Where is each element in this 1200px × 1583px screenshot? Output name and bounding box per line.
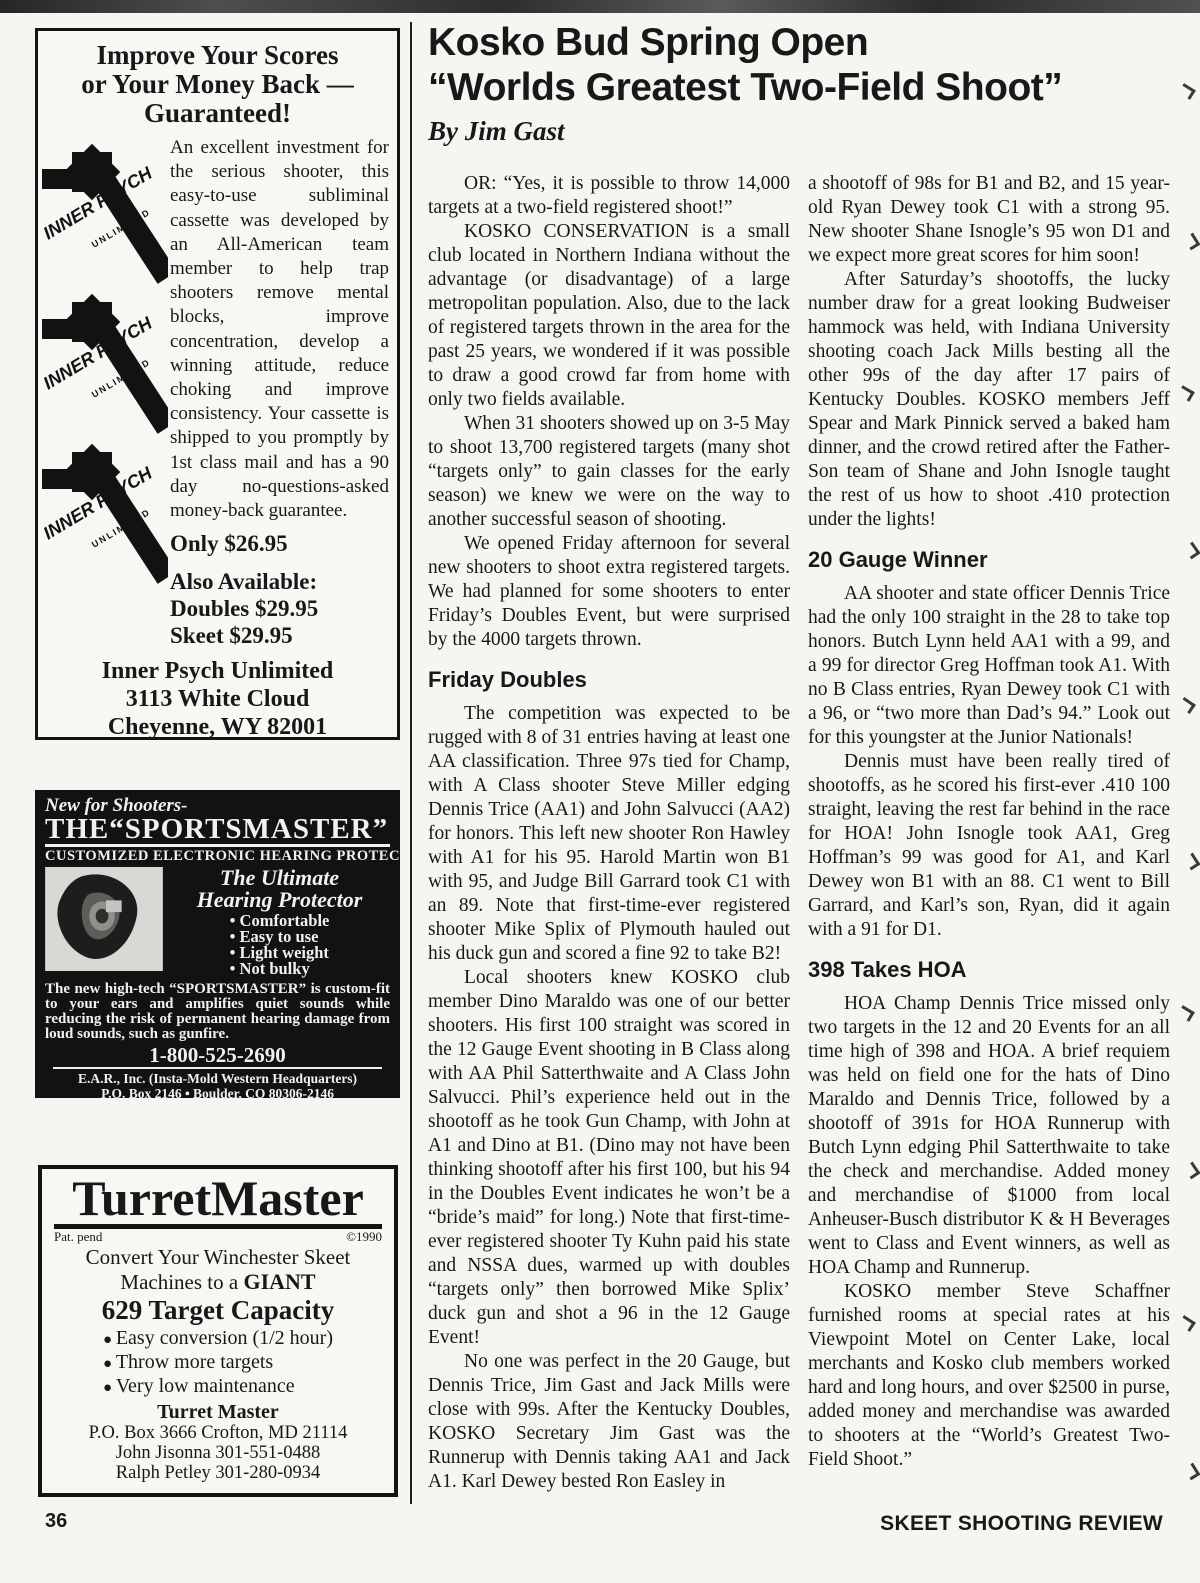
sportsmaster-body-text: The new high-tech “SPORTSMASTER” is cust… <box>45 982 390 1042</box>
article-paragraph: AA shooter and state officer Dennis Tric… <box>808 582 1170 750</box>
article-paragraph: OR: “Yes, it is possible to throw 14,000… <box>428 172 790 220</box>
scan-mark-artifact <box>1177 1005 1195 1022</box>
sportsmaster-company: E.A.R., Inc. (Insta-Mold Western Headqua… <box>45 1071 390 1086</box>
headline-line: Improve Your Scores <box>46 41 389 70</box>
article-title-line1: Kosko Bud Spring Open <box>428 20 1170 65</box>
magazine-name: SKEET SHOOTING REVIEW <box>880 1512 1163 1536</box>
scan-edge-artifact <box>0 0 1200 13</box>
inner-psych-skeet-price: Skeet $29.95 <box>170 622 389 649</box>
turretmaster-meta-row: Pat. pend ©1990 <box>52 1230 384 1244</box>
inner-psych-ad: Improve Your Scores or Your Money Back —… <box>35 28 400 740</box>
scan-mark-artifact <box>1184 1463 1200 1481</box>
turretmaster-contact-name: Turret Master <box>52 1401 384 1423</box>
scan-mark-artifact <box>1184 853 1200 871</box>
article-column-2: a shootoff of 98s for B1 and B2, and 15 … <box>808 172 1170 1504</box>
article-title-line2: “Worlds Greatest Two-Field Shoot” <box>428 65 1170 110</box>
article-paragraph: After Saturday’s shootoffs, the lucky nu… <box>808 268 1170 532</box>
article-paragraph: Local shooters knew KOSKO club member Di… <box>428 966 790 1350</box>
article-paragraph: KOSKO CONSERVATION is a small club locat… <box>428 220 790 412</box>
article-header: Kosko Bud Spring Open “Worlds Greatest T… <box>428 20 1170 147</box>
sportsmaster-benefits: The Ultimate Hearing Protector Comfortab… <box>163 867 390 979</box>
sportsmaster-tagline: The Ultimate <box>169 867 390 889</box>
article-paragraph: The competition was expected to be rugge… <box>428 702 790 966</box>
inner-psych-wand-star-logo: INNER PSYCH UNLIMITED <box>42 286 168 436</box>
scan-mark-artifact <box>1184 233 1200 251</box>
scan-mark-artifact <box>1183 542 1200 560</box>
sportsmaster-subtitle: CUSTOMIZED ELECTRONIC HEARING PROTECTOR <box>45 849 390 864</box>
turretmaster-address: P.O. Box 3666 Crofton, MD 21114 <box>52 1423 384 1443</box>
ear-mold-photo <box>45 867 163 971</box>
turretmaster-contact1: John Jisonna 301-551-0488 <box>52 1443 384 1463</box>
section-heading-20-gauge-winner: 20 Gauge Winner <box>808 547 1170 573</box>
turretmaster-contact2: Ralph Petley 301-280-0934 <box>52 1463 384 1483</box>
headline-line: Guaranteed! <box>46 99 389 128</box>
sportsmaster-bullet-list: Comfortable Easy to use Light weight Not… <box>230 913 330 977</box>
article-paragraph: HOA Champ Dennis Trice missed only two t… <box>808 992 1170 1280</box>
sportsmaster-title: THE“SPORTSMASTER” <box>45 815 390 843</box>
turretmaster-capacity: 629 Target Capacity <box>52 1295 384 1325</box>
section-heading-friday-doubles: Friday Doubles <box>428 667 790 693</box>
inner-psych-wand-star-logo: INNER PSYCH UNLIMITED <box>42 136 168 286</box>
turretmaster-bullet-list: Easy conversion (1/2 hour) Throw more ta… <box>103 1327 333 1399</box>
bullet-item: Easy conversion (1/2 hour) <box>103 1327 333 1351</box>
article-body: OR: “Yes, it is possible to throw 14,000… <box>428 172 1170 1504</box>
sportsmaster-tagline: Hearing Protector <box>169 889 390 911</box>
inner-psych-city: Cheyenne, WY 82001 <box>46 713 389 741</box>
bullet-item: Very low maintenance <box>103 1375 333 1399</box>
inner-psych-address-block: Inner Psych Unlimited 3113 White Cloud C… <box>46 657 389 741</box>
article-paragraph-continuation: a shootoff of 98s for B1 and B2, and 15 … <box>808 172 1170 268</box>
inner-psych-also-label: Also Available: <box>170 568 389 595</box>
line2-text: Machines to a <box>120 1270 238 1294</box>
scan-mark-artifact <box>1184 1162 1200 1180</box>
scan-mark-artifact <box>1177 385 1195 402</box>
page-number: 36 <box>45 1510 67 1533</box>
line2-bold: GIANT <box>243 1269 315 1294</box>
article-column-1: OR: “Yes, it is possible to throw 14,000… <box>428 172 790 1504</box>
inner-psych-body-row: INNER PSYCH UNLIMITED INNER PSYCH UNLIMI… <box>46 136 389 649</box>
sportsmaster-address: P.O. Box 2146 • Boulder, CO 80306-2146 <box>45 1086 390 1098</box>
turretmaster-ad: TurretMaster Pat. pend ©1990 Convert You… <box>38 1165 398 1497</box>
bullet-item: Not bulky <box>230 961 330 977</box>
inner-psych-wand-star-logo: INNER PSYCH UNLIMITED <box>42 436 168 586</box>
copyright-note: ©1990 <box>346 1230 382 1244</box>
inner-psych-logo-column: INNER PSYCH UNLIMITED INNER PSYCH UNLIMI… <box>42 136 168 649</box>
section-heading-398-takes-hoa: 398 Takes HOA <box>808 957 1170 983</box>
article-byline: By Jim Gast <box>428 115 1170 147</box>
turretmaster-line2: Machines to a GIANT <box>52 1269 384 1295</box>
inner-psych-company: Inner Psych Unlimited <box>46 657 389 685</box>
column-divider-rule <box>410 22 412 1504</box>
turretmaster-title: TurretMaster <box>52 1172 384 1224</box>
sportsmaster-ad: New for Shooters- THE“SPORTSMASTER” CUST… <box>35 790 400 1098</box>
bullet-item: Throw more targets <box>103 1351 333 1375</box>
scan-mark-artifact <box>1178 83 1196 100</box>
patent-note: Pat. pend <box>54 1230 102 1244</box>
article-paragraph: KOSKO member Steve Schaffner furnished r… <box>808 1280 1170 1472</box>
scan-mark-artifact <box>1178 697 1196 714</box>
article-paragraph: We opened Friday afternoon for several n… <box>428 532 790 652</box>
inner-psych-street: 3113 White Cloud <box>46 685 389 713</box>
inner-psych-price: Only $26.95 <box>170 530 389 558</box>
article-paragraph: No one was perfect in the 20 Gauge, but … <box>428 1350 790 1494</box>
inner-psych-headline: Improve Your Scores or Your Money Back —… <box>46 41 389 128</box>
article-paragraph: When 31 shooters showed up on 3-5 May to… <box>428 412 790 532</box>
divider <box>53 1067 382 1069</box>
article-paragraph: Dennis must have been really tired of sh… <box>808 750 1170 942</box>
headline-line: or Your Money Back — <box>46 70 389 99</box>
sportsmaster-phone: 1-800-525-2690 <box>45 1044 390 1066</box>
inner-psych-text-column: An excellent investment for the serious … <box>168 136 389 649</box>
magazine-page: Improve Your Scores or Your Money Back —… <box>0 0 1200 1583</box>
inner-psych-body-text: An excellent investment for the serious … <box>170 136 389 523</box>
sportsmaster-media-row: The Ultimate Hearing Protector Comfortab… <box>45 867 390 979</box>
inner-psych-doubles-price: Doubles $29.95 <box>170 595 389 622</box>
turretmaster-line1: Convert Your Winchester Skeet <box>52 1245 384 1269</box>
scan-mark-artifact <box>1178 1315 1196 1332</box>
